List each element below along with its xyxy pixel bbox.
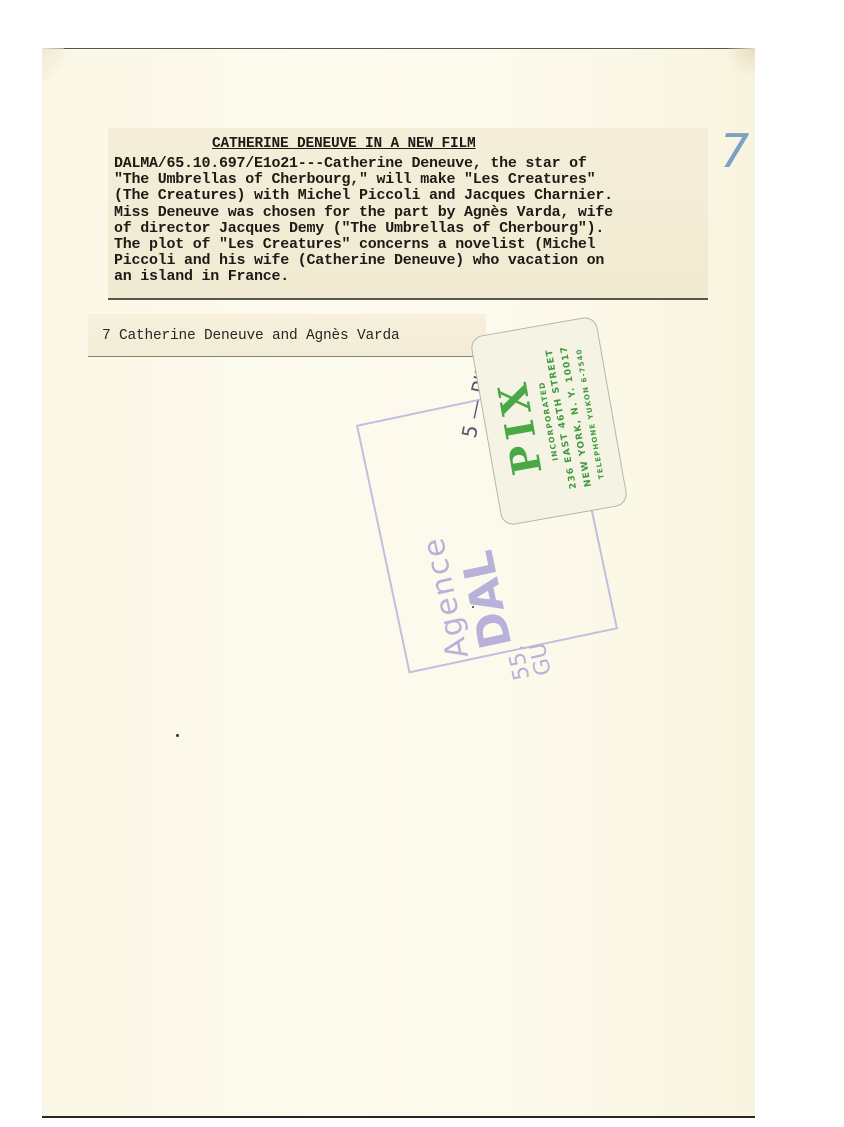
caption-body: DALMA/65.10.697/E1o21---Catherine Deneuv…	[114, 156, 706, 286]
caption-slip: CATHERINE DENEUVE IN A NEW FILM DALMA/65…	[108, 128, 708, 300]
dust-speck	[472, 606, 474, 608]
credit-text: 7 Catherine Deneuve and Agnès Varda	[102, 328, 400, 344]
pencil-mark: 7	[720, 124, 749, 178]
dust-speck	[176, 734, 179, 737]
credit-slip: 7 Catherine Deneuve and Agnès Varda	[88, 314, 486, 357]
caption-headline: CATHERINE DENEUVE IN A NEW FILM	[212, 136, 476, 152]
